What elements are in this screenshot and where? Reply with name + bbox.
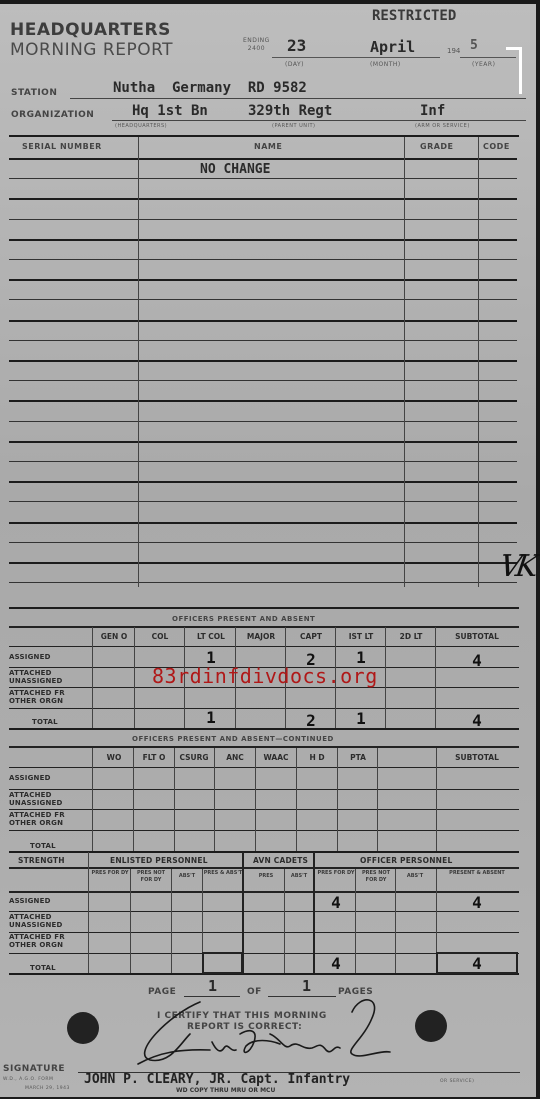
officer-assigned-present-absent: 4 bbox=[437, 893, 517, 912]
roster-line bbox=[9, 158, 517, 160]
cont-row-assigned: ASSIGNED bbox=[9, 774, 51, 782]
form-title-line1: HEADQUARTERS bbox=[10, 20, 171, 40]
roster-line bbox=[9, 178, 517, 179]
strength-group-divider bbox=[313, 852, 315, 973]
officers-title: OFFICERS PRESENT AND ABSENT bbox=[172, 615, 315, 623]
officers-top-rule bbox=[9, 607, 519, 609]
station-value: Nutha Germany RD 9582 bbox=[113, 80, 307, 96]
col-code: CODE bbox=[483, 142, 510, 151]
officers-assigned-subtotal: 4 bbox=[437, 651, 517, 670]
officers-col-divider bbox=[92, 627, 93, 728]
roster-line bbox=[9, 441, 517, 443]
roster-line bbox=[9, 582, 517, 583]
org-parent-unit: 329th Regt bbox=[248, 103, 332, 119]
cont-col-divider bbox=[296, 748, 297, 851]
officers-row-rule bbox=[9, 646, 519, 647]
cont-col-divider bbox=[174, 748, 175, 851]
morning-report-page: RESTRICTED HEADQUARTERS MORNING REPORT E… bbox=[0, 4, 536, 1097]
officers-header-rule bbox=[9, 626, 519, 628]
no-change-entry: NO CHANGE bbox=[200, 162, 270, 177]
strength-col-divider bbox=[395, 869, 396, 973]
strength-row-rule bbox=[9, 932, 519, 933]
organization-label: ORGANIZATION bbox=[11, 110, 94, 120]
caption-parent-unit: (PARENT UNIT) bbox=[272, 123, 315, 129]
cont-col-pta: PTA bbox=[338, 753, 378, 762]
sub-col-pres-not-for-dy: PRES NOT FOR DY bbox=[131, 870, 171, 884]
strength-col-divider bbox=[284, 869, 285, 973]
sub-col-cadets-abst: ABS'T bbox=[285, 873, 313, 880]
strength-header-rule bbox=[9, 867, 519, 869]
punch-hole-left bbox=[67, 1012, 99, 1044]
sub-col-present-absent: PRESENT & ABSENT bbox=[437, 870, 517, 877]
cont-row-rule bbox=[9, 830, 519, 831]
officers-col-subtotal: SUBTOTAL bbox=[437, 632, 517, 641]
cont-col-divider bbox=[133, 748, 134, 851]
roster-line bbox=[9, 219, 517, 220]
roster-line bbox=[9, 542, 517, 543]
ending-label: ENDING 2400 bbox=[243, 37, 270, 53]
cont-row-rule bbox=[9, 809, 519, 810]
officers-col-major: MAJOR bbox=[237, 632, 285, 641]
strength-row-total: TOTAL bbox=[30, 964, 56, 972]
officer-total-pres-for-dy: 4 bbox=[316, 954, 356, 973]
officers-total-1st-lt: 1 bbox=[337, 709, 385, 728]
classification-stamp: RESTRICTED bbox=[372, 8, 456, 24]
officers-total-capt: 2 bbox=[287, 711, 335, 730]
roster-line bbox=[9, 400, 517, 402]
officers-col-col: COL bbox=[136, 632, 184, 641]
signer-sub-note: WD COPY THRU MRU OR MCU bbox=[176, 1087, 275, 1094]
cont-bottom-rule bbox=[9, 851, 519, 853]
col-grade: GRADE bbox=[420, 142, 454, 151]
strength-col-divider bbox=[88, 852, 89, 973]
roster-line bbox=[9, 421, 517, 422]
officers-col-capt: CAPT bbox=[287, 632, 335, 641]
roster-line bbox=[9, 461, 517, 462]
roster-divider-serial bbox=[138, 137, 139, 587]
sub-col-off-abst: ABS'T bbox=[396, 873, 434, 880]
roster-line bbox=[9, 259, 517, 260]
strength-row-attached-other: ATTACHED FR OTHER ORGN bbox=[9, 933, 84, 949]
roster-line bbox=[9, 522, 517, 524]
sub-col-off-pres-for-dy: PRES FOR DY bbox=[316, 870, 356, 877]
form-note-2: MARCH 29, 1943 bbox=[25, 1086, 70, 1091]
cont-row-total: TOTAL bbox=[30, 842, 56, 850]
year-prefix: 194 bbox=[447, 47, 460, 55]
officers-row-rule bbox=[9, 708, 519, 709]
roster-line bbox=[9, 340, 517, 341]
watermark-text: 83rdinfdivdocs.org bbox=[152, 664, 378, 688]
roster-line bbox=[9, 299, 517, 300]
cont-col-subtotal: SUBTOTAL bbox=[437, 753, 517, 762]
roster-line bbox=[9, 198, 517, 200]
signature-label: SIGNATURE bbox=[3, 1064, 65, 1074]
roster-line bbox=[9, 239, 517, 241]
officers-col-1st-lt: IST LT bbox=[337, 632, 385, 641]
date-underline bbox=[272, 57, 440, 58]
cont-col-csurg: CSURG bbox=[175, 753, 213, 762]
page-total: 1 bbox=[302, 977, 311, 995]
roster-line bbox=[9, 320, 517, 322]
officers-col-divider bbox=[134, 627, 135, 728]
officers-col-gen-o: GEN O bbox=[94, 632, 134, 641]
cont-col-anc: ANC bbox=[215, 753, 255, 762]
officers-total-lt-col: 1 bbox=[186, 708, 236, 727]
officers-row-attached-other: ATTACHED FR OTHER ORGN bbox=[9, 689, 84, 705]
punch-hole-right bbox=[415, 1010, 447, 1042]
cont-row-attached-unassigned: ATTACHED UNASSIGNED bbox=[9, 791, 84, 807]
sub-col-pres-and-abst: PRES & ABS'T bbox=[203, 870, 243, 877]
cont-col-divider bbox=[214, 748, 215, 851]
group-avn-cadets: AVN CADETS bbox=[253, 857, 308, 865]
group-officer-personnel: OFFICER PERSONNEL bbox=[360, 857, 452, 865]
roster-line bbox=[9, 562, 517, 564]
officers-total-subtotal: 4 bbox=[437, 711, 517, 730]
roster-line bbox=[9, 501, 517, 502]
roster-line bbox=[9, 380, 517, 381]
margin-initials: VK bbox=[498, 549, 535, 584]
officers-row-assigned: ASSIGNED bbox=[9, 653, 51, 661]
cont-col-flt-o: FLT O bbox=[134, 753, 174, 762]
year-caption: (YEAR) bbox=[472, 61, 495, 68]
enlisted-total-box bbox=[202, 952, 243, 974]
roster-line bbox=[9, 279, 517, 281]
cont-col-divider bbox=[337, 748, 338, 851]
cont-col-wo: WO bbox=[94, 753, 134, 762]
officers-row-attached-unassigned: ATTACHED UNASSIGNED bbox=[9, 669, 84, 685]
page-number: 1 bbox=[208, 977, 217, 995]
strength-col-divider bbox=[171, 869, 172, 973]
officers-col-divider bbox=[385, 627, 386, 728]
sub-col-abst: ABS'T bbox=[172, 873, 202, 880]
report-month: April bbox=[370, 38, 415, 56]
photo-corner-mark bbox=[506, 47, 522, 94]
officers-col-lt-col: LT COL bbox=[186, 632, 236, 641]
cont-row-rule bbox=[9, 789, 519, 790]
roster-top-rule bbox=[9, 135, 519, 137]
sub-col-pres-for-dy: PRES FOR DY bbox=[90, 870, 130, 877]
roster-line bbox=[9, 481, 517, 483]
report-year: 5 bbox=[470, 38, 478, 53]
signer-name: JOHN P. CLEARY, JR. Capt. Infantry bbox=[84, 1072, 350, 1087]
cont-row-attached-other: ATTACHED FR OTHER ORGN bbox=[9, 811, 84, 827]
month-caption: (MONTH) bbox=[370, 61, 401, 68]
col-name: NAME bbox=[254, 142, 282, 151]
caption-service: (ARM OR SERVICE) bbox=[415, 123, 470, 129]
strength-col-divider bbox=[130, 869, 131, 973]
org-headquarters: Hq 1st Bn bbox=[132, 103, 208, 119]
strength-row-attached-unassigned: ATTACHED UNASSIGNED bbox=[9, 913, 84, 929]
cont-col-divider bbox=[436, 748, 437, 851]
cont-col-divider bbox=[377, 748, 378, 851]
cont-row-rule bbox=[9, 767, 519, 768]
report-day: 23 bbox=[287, 36, 306, 55]
officer-assigned-pres-for-dy: 4 bbox=[316, 893, 356, 912]
caption-headquarters: (HEADQUARTERS) bbox=[115, 123, 167, 129]
handwritten-signature bbox=[120, 994, 410, 1074]
org-service: Inf bbox=[420, 103, 445, 119]
strength-row-assigned: ASSIGNED bbox=[9, 897, 51, 905]
officers-continued-title: OFFICERS PRESENT AND ABSENT—CONTINUED bbox=[132, 735, 334, 743]
day-caption: (DAY) bbox=[285, 61, 304, 68]
officer-total-present-absent: 4 bbox=[437, 954, 517, 973]
officers-continued-header-rule bbox=[9, 746, 519, 748]
strength-label: STRENGTH bbox=[18, 857, 65, 865]
roster-divider-grade bbox=[478, 137, 479, 587]
form-note-1: W.D., A.G.O. FORM bbox=[3, 1077, 53, 1082]
cont-col-divider bbox=[92, 748, 93, 851]
grade-note: OR SERVICE) bbox=[440, 1079, 474, 1084]
col-serial-number: SERIAL NUMBER bbox=[22, 142, 102, 151]
cont-col-hd: H D bbox=[297, 753, 337, 762]
station-label: STATION bbox=[11, 88, 57, 98]
officers-row-total: TOTAL bbox=[32, 718, 58, 726]
cont-col-waac: WAAC bbox=[256, 753, 296, 762]
sub-col-off-pres-not-for-dy: PRES NOT FOR DY bbox=[356, 870, 396, 884]
officers-col-2d-lt: 2D LT bbox=[387, 632, 435, 641]
cont-col-divider bbox=[255, 748, 256, 851]
station-underline bbox=[70, 98, 526, 99]
form-title-line2: MORNING REPORT bbox=[10, 40, 173, 60]
roster-line bbox=[9, 360, 517, 362]
officers-col-divider bbox=[435, 627, 436, 728]
group-enlisted: ENLISTED PERSONNEL bbox=[110, 857, 208, 865]
organization-underline bbox=[112, 120, 526, 121]
sub-col-cadets-pres: PRES bbox=[248, 873, 284, 880]
roster-divider-name bbox=[404, 137, 405, 587]
